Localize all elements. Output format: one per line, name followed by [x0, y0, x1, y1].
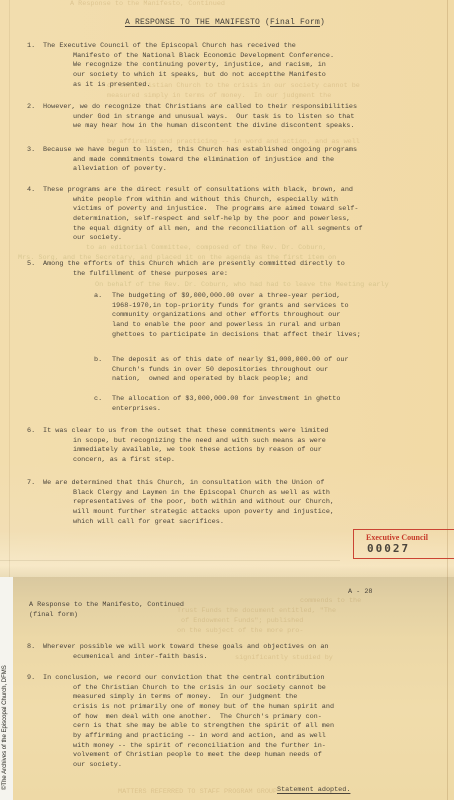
subitem-c: c. The allocation of $3,000,000.00 for i…: [94, 395, 436, 414]
paragraph-number: 5.: [27, 260, 43, 279]
paragraph-number: 2.: [27, 103, 43, 132]
paragraph-number: 6.: [27, 427, 43, 466]
paragraph-first-line: It was clear to us from the outset that …: [43, 427, 436, 437]
paragraph-continuation: ecumenical and inter-faith basis.: [73, 653, 436, 663]
paragraph-number: 8.: [27, 643, 43, 662]
paragraph-continuation: Black Clergy and Laymen in the Episcopal…: [73, 489, 436, 528]
paragraph-continuation: of the Christian Church to the crisis in…: [73, 684, 436, 771]
paragraph-continuation: the fulfillment of these purposes are:: [73, 270, 436, 280]
paragraph-first-line: Among the efforts of this Church which a…: [43, 260, 436, 270]
subitem-text: The deposit as of this date of nearly $1…: [112, 356, 436, 385]
archives-watermark: ©The Archives of the Episcopal Church, D…: [2, 625, 8, 790]
title-paren-close: ): [320, 18, 325, 27]
paragraph-number: 9.: [27, 674, 43, 771]
paragraph-first-line: Wherever possible we will work toward th…: [43, 643, 436, 653]
paragraph-5: 5. Among the efforts of this Church whic…: [27, 260, 436, 279]
paragraph-4: 4. These programs are the direct result …: [27, 186, 436, 244]
paragraph-first-line: These programs are the direct result of …: [43, 186, 436, 196]
subitem-a: a. The budgeting of $9,000,000.00 over a…: [94, 292, 436, 340]
page2-area: commends to the Trust Funds the document…: [0, 577, 454, 800]
paragraph-9: 9. In conclusion, we record our convicti…: [27, 674, 436, 771]
paragraph-number: 4.: [27, 186, 43, 244]
continuation-header-line1: A Response to the Manifesto, Continued: [29, 601, 184, 611]
ghost-text: to an editorial Committee, composed of t…: [86, 244, 327, 254]
paragraph-continuation: and made commitments toward the eliminat…: [73, 156, 436, 175]
subitem-b: b. The deposit as of this date of nearly…: [94, 356, 436, 385]
paragraph-number: 7.: [27, 479, 43, 527]
paragraph-first-line: We are determined that this Church, in c…: [43, 479, 436, 489]
ghost-text: of Endowment Funds"; published: [181, 617, 303, 627]
statement-adopted: Statement adopted.: [277, 786, 350, 796]
ghost-text: On behalf of the Rev. Dr. Coburn, who ha…: [95, 281, 389, 291]
paragraph-1: 1. The Executive Council of the Episcopa…: [27, 42, 436, 90]
scanned-document: A Response to the Manifesto, Continued o…: [0, 0, 454, 800]
stamp-title: Executive Council: [366, 533, 428, 542]
paragraph-7: 7. We are determined that this Church, i…: [27, 479, 436, 527]
paragraph-8: 8. Wherever possible we will work toward…: [27, 643, 436, 662]
title-paren-open: (: [260, 18, 270, 27]
paragraph-first-line: In conclusion, we record our conviction …: [43, 674, 436, 684]
crease-line: [0, 560, 340, 561]
paragraph-first-line: The Executive Council of the Episcopal C…: [43, 42, 436, 52]
ghost-text: on the subject of the more pro-: [177, 627, 303, 637]
subitem-marker: c.: [94, 395, 112, 414]
subitem-marker: b.: [94, 356, 112, 385]
page1-paper: A Response to the Manifesto, Continued o…: [0, 0, 454, 577]
title-paren-text: Final Form: [270, 18, 320, 27]
paragraph-number: 1.: [27, 42, 43, 90]
stamp-number: 00027: [367, 542, 410, 555]
page-edge-line: [9, 0, 10, 577]
ghost-text: Trust Funds the document entitled, "The: [177, 607, 336, 617]
page-title: A RESPONSE TO THE MANIFESTO (Final Form): [0, 9, 420, 36]
paragraph-continuation: in scope, but recognizing the need and w…: [73, 437, 436, 466]
paragraph-3: 3. Because we have begun to listen, this…: [27, 146, 436, 175]
subitem-text: The allocation of $3,000,000.00 for inve…: [112, 395, 436, 414]
paragraph-6: 6. It was clear to us from the outset th…: [27, 427, 436, 466]
ghost-text: commends to the: [300, 597, 361, 607]
subitem-text: The budgeting of $9,000,000.00 over a th…: [112, 292, 436, 340]
paragraph-first-line: Because we have begun to listen, this Ch…: [43, 146, 436, 156]
ghost-text: measured simply in terms of money. In ou…: [107, 92, 331, 102]
subitem-marker: a.: [94, 292, 112, 340]
paragraph-first-line: However, we do recognize that Christians…: [43, 103, 436, 113]
paragraph-continuation: white people from within and without thi…: [73, 196, 436, 244]
paragraph-number: 3.: [27, 146, 43, 175]
executive-council-stamp: Executive Council 00027: [353, 529, 454, 559]
paragraph-continuation: Manifesto of the National Black Economic…: [73, 52, 436, 91]
ghost-text: MATTERS REFERRED TO STAFF PROGRAM GROUP: [118, 788, 277, 798]
title-main: A RESPONSE TO THE MANIFESTO: [125, 18, 260, 27]
paragraph-2: 2. However, we do recognize that Christi…: [27, 103, 436, 132]
page-reference: A - 28: [348, 588, 372, 598]
page-edge-line: [447, 0, 448, 800]
continuation-header-line2: (final form): [29, 611, 78, 621]
paragraph-continuation: under God in strange and unusual ways. O…: [73, 113, 436, 132]
